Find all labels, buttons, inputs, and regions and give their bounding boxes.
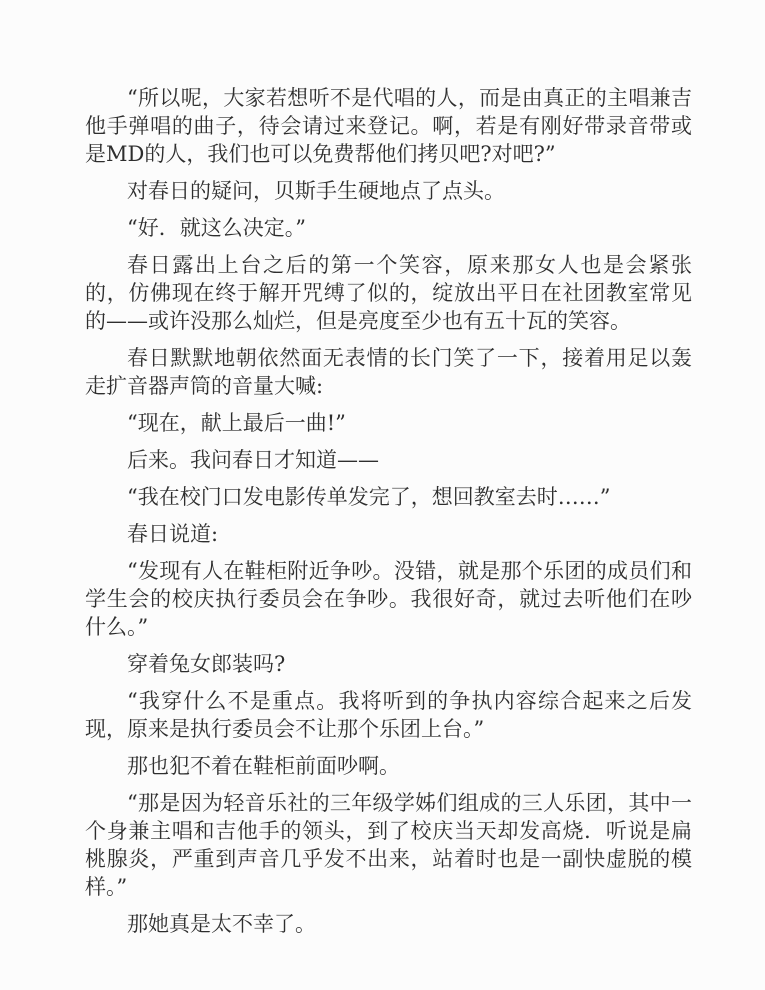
paragraph: “我在校门口发电影传单发完了，想回教室去时……”: [85, 483, 692, 511]
paragraph: “发现有人在鞋柜附近争吵。没错，就是那个乐团的成员们和学生会的校庆执行委员会在争…: [85, 557, 692, 641]
paragraph: 春日默默地朝依然面无表情的长门笑了一下，接着用足以轰走扩音器声筒的音量大喊:: [85, 344, 692, 400]
paragraph: 春日露出上台之后的第一个笑容，原来那女人也是会紧张的，仿佛现在终于解开咒缚了似的…: [85, 251, 692, 335]
paragraph: “我穿什么不是重点。我将听到的争执内容综合起来之后发现，原来是执行委员会不让那个…: [85, 687, 692, 743]
paragraph: 那她真是太不幸了。: [85, 910, 692, 938]
paragraph: 对春日的疑问，贝斯手生硬地点了点头。: [85, 177, 692, 205]
paragraph: 后来。我问春日才知道——: [85, 446, 692, 474]
paragraph: 穿着兔女郎装吗?: [85, 650, 692, 678]
paragraph: 那也犯不着在鞋柜前面吵啊。: [85, 752, 692, 780]
paragraph: “好．就这么决定。”: [85, 214, 692, 242]
paragraph: 春日说道:: [85, 520, 692, 548]
paragraph: “所以呢，大家若想听不是代唱的人，而是由真正的主唱兼吉他手弹唱的曲子，待会请过来…: [85, 84, 692, 168]
paragraph: “那是因为轻音乐社的三年级学姊们组成的三人乐团，其中一个身兼主唱和吉他手的领头，…: [85, 789, 692, 901]
document-page: “所以呢，大家若想听不是代唱的人，而是由真正的主唱兼吉他手弹唱的曲子，待会请过来…: [0, 0, 765, 990]
paragraph: “现在，献上最后一曲!”: [85, 409, 692, 437]
